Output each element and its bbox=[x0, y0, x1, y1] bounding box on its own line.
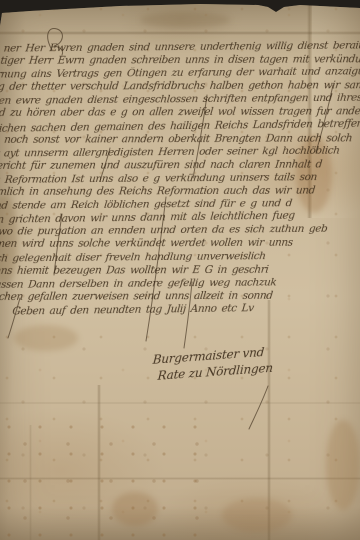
signature-flourish-tail bbox=[249, 386, 268, 429]
fold-line-vertical-lower-right bbox=[267, 300, 271, 540]
manuscript-photo: ner Her Ewren gnaden sind unnsere undert… bbox=[0, 0, 360, 540]
manuscript-text-block: ner Her Ewren gnaden sind unnsere undert… bbox=[0, 39, 360, 318]
fold-line-vertical-far-left bbox=[29, 425, 32, 540]
fold-line-horizontal-bottom bbox=[0, 477, 360, 480]
paper-sheet: ner Her Ewren gnaden sind unnsere undert… bbox=[0, 0, 360, 540]
stain-top-edge bbox=[140, 12, 230, 28]
manuscript-line: g noch sonst vor kainer anndern oberkait… bbox=[0, 132, 360, 147]
manuscript-line: gericht für zunemen und auszufüren sind … bbox=[0, 158, 360, 173]
stain-spot bbox=[112, 492, 158, 526]
stain-spot bbox=[222, 498, 292, 532]
manuscript-line: g der thetter verschuld Landsfridbruchs … bbox=[0, 79, 360, 94]
stain-spot bbox=[326, 420, 360, 510]
signature-block: Burgermaister vnd Rate zu Nördlingen bbox=[151, 340, 323, 384]
manuscript-line: tiger Herr Ewrn gnaden schreiben unns in… bbox=[0, 53, 360, 68]
stain-spot bbox=[14, 325, 78, 351]
foxing-speckle-cluster bbox=[0, 420, 200, 540]
fold-line-horizontal-middle bbox=[0, 402, 360, 404]
manuscript-line: nemlich in ansehung des Reichs Reformati… bbox=[0, 184, 360, 199]
manuscript-line: e unns hiemit bezeugen Das wollten wir E… bbox=[0, 263, 360, 278]
fold-line-horizontal-top bbox=[0, 31, 360, 35]
manuscript-line: nomen wird unns solche verkündet werdet … bbox=[0, 237, 360, 252]
fold-line-vertical-lower-left bbox=[97, 385, 101, 540]
